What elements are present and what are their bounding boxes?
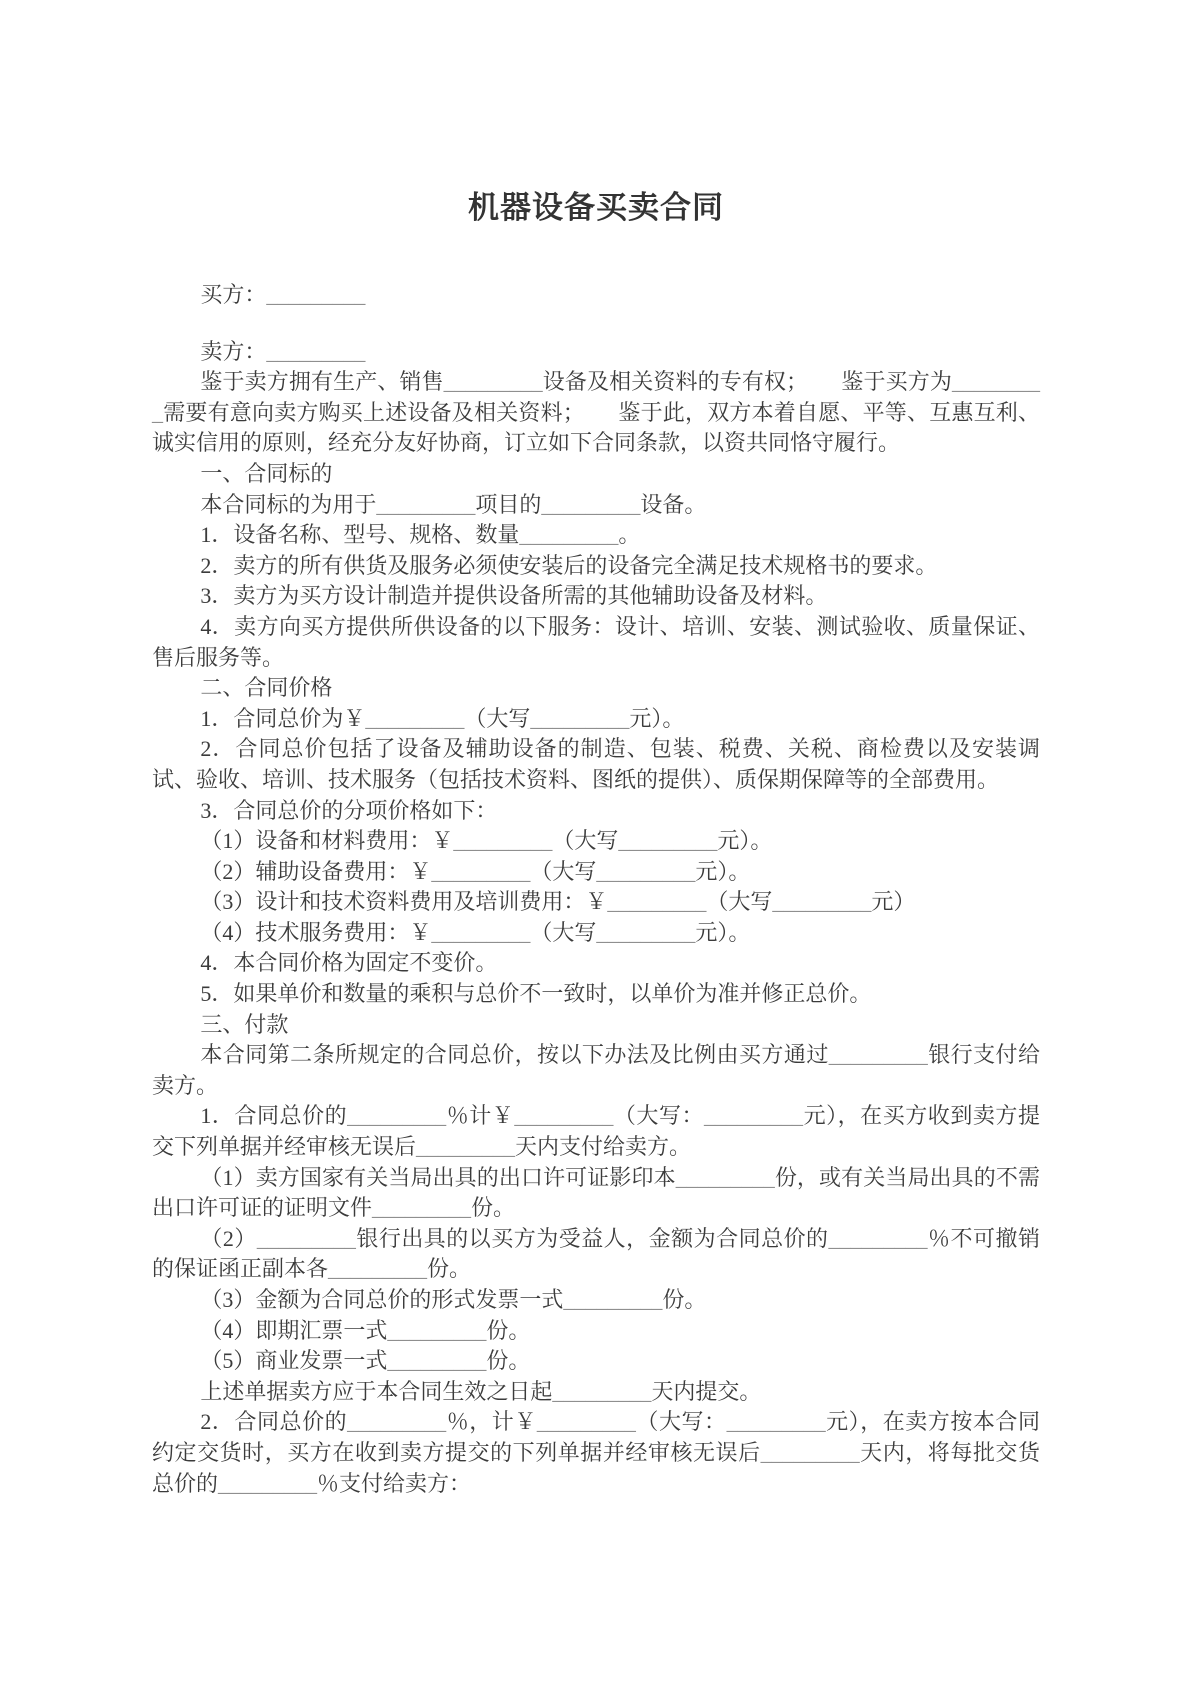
blank-field: _________ — [416, 1134, 515, 1159]
clause-payment-intro: 本合同第二条所规定的合同总价，按以下办法及比例由买方通过_________银行支… — [152, 1040, 1040, 1101]
blank-field: _________ — [347, 1409, 446, 1434]
clause-2-3: 3．合同总价的分项价格如下： — [152, 796, 1040, 827]
blank-field: _________ — [257, 1226, 356, 1251]
blank-field: _________ — [829, 1042, 928, 1067]
blank-field: _________ — [218, 1471, 317, 1496]
section-3-heading: 三、付款 — [152, 1010, 1040, 1041]
blank-field: _________ — [328, 1256, 427, 1281]
blank-field: _________ — [266, 282, 365, 307]
blank-field: _________ — [365, 706, 464, 731]
clause-3-1-item-5: （5）商业发票一式_________份。 — [152, 1346, 1040, 1377]
section-2-heading: 二、合同价格 — [152, 673, 1040, 704]
blank-field: _________ — [552, 1379, 651, 1404]
clause-2-5: 5．如果单价和数量的乘积与总价不一致时，以单价为准并修正总价。 — [152, 979, 1040, 1010]
blank-field: _________ — [152, 369, 1040, 425]
blank-field: _________ — [519, 522, 618, 547]
clause-3-1: 1．合同总价的_________％计￥_________（大写：________… — [152, 1101, 1040, 1162]
blank-field: _________ — [372, 1195, 471, 1220]
document-title: 机器设备买卖合同 — [152, 186, 1040, 230]
blank-field: _________ — [829, 1226, 928, 1251]
clause-2-2: 2．合同总价包括了设备及辅助设备的制造、包装、税费、关税、商检费以及安装调试、验… — [152, 734, 1040, 795]
blank-field: _________ — [618, 828, 717, 853]
preamble-paragraph: 鉴于卖方拥有生产、销售_________设备及相关资料的专有权； 鉴于买方为__… — [152, 367, 1040, 459]
clause-3-1-item-2: （2）_________银行出具的以买方为受益人，金额为合同总价的_______… — [152, 1224, 1040, 1285]
document-page: 机器设备买卖合同 买方：_________ 卖方：_________ 鉴于卖方拥… — [0, 0, 1190, 1683]
blank-field: _________ — [266, 339, 365, 364]
blank-field: _________ — [431, 859, 530, 884]
clause-2-3-item-1: （1）设备和材料费用：￥_________（大写_________元）。 — [152, 826, 1040, 857]
blank-field: _________ — [530, 706, 629, 731]
clause-1-3: 3．卖方为买方设计制造并提供设备所需的其他辅助设备及材料。 — [152, 581, 1040, 612]
seller-line: 卖方：_________ — [152, 337, 1040, 368]
clause-subject: 本合同标的为用于_________项目的_________设备。 — [152, 490, 1040, 521]
section-1-heading: 一、合同标的 — [152, 459, 1040, 490]
blank-field: _________ — [387, 1348, 486, 1373]
clause-2-3-item-4: （4）技术服务费用：￥_________（大写_________元）。 — [152, 918, 1040, 949]
blank-field: _________ — [537, 1409, 636, 1434]
blank-field: _________ — [704, 1103, 803, 1128]
clause-2-3-item-2: （2）辅助设备费用：￥_________（大写_________元）。 — [152, 857, 1040, 888]
blank-field: _________ — [727, 1409, 826, 1434]
clause-3-1-item-3: （3）金额为合同总价的形式发票一式_________份。 — [152, 1285, 1040, 1316]
clause-3-1-note: 上述单据卖方应于本合同生效之日起_________天内提交。 — [152, 1377, 1040, 1408]
blank-field: _________ — [761, 1440, 860, 1465]
blank-field: _________ — [541, 492, 640, 517]
blank-field: _________ — [431, 920, 530, 945]
clause-1-1: 1．设备名称、型号、规格、数量_________。 — [152, 520, 1040, 551]
clause-1-2: 2．卖方的所有供货及服务必须使安装后的设备完全满足技术规格书的要求。 — [152, 551, 1040, 582]
clause-2-4: 4．本合同价格为固定不变价。 — [152, 948, 1040, 979]
blank-field: _________ — [596, 920, 695, 945]
blank-field: _________ — [563, 1287, 662, 1312]
blank-field: _________ — [607, 889, 706, 914]
blank-field: _________ — [514, 1103, 613, 1128]
blank-field: _________ — [772, 889, 871, 914]
clause-3-2: 2．合同总价的_________％，计￥_________（大写：_______… — [152, 1407, 1040, 1499]
clause-2-3-item-3: （3）设计和技术资料费用及培训费用：￥_________（大写_________… — [152, 887, 1040, 918]
blank-field: _________ — [347, 1103, 446, 1128]
clause-1-4: 4．卖方向买方提供所供设备的以下服务：设计、培训、安装、测试验收、质量保证、售后… — [152, 612, 1040, 673]
blank-field: _________ — [453, 828, 552, 853]
clause-3-1-item-4: （4）即期汇票一式_________份。 — [152, 1316, 1040, 1347]
blank-field: _________ — [387, 1318, 486, 1343]
blank-field: _________ — [596, 859, 695, 884]
buyer-line: 买方：_________ — [152, 280, 1040, 311]
blank-field: _________ — [376, 492, 475, 517]
blank-field: _________ — [444, 369, 543, 394]
clause-3-1-item-1: （1）卖方国家有关当局出具的出口许可证影印本_________份，或有关当局出具… — [152, 1163, 1040, 1224]
clause-2-1: 1．合同总价为￥_________（大写_________元）。 — [152, 704, 1040, 735]
blank-field: _________ — [676, 1165, 775, 1190]
document-content: 机器设备买卖合同 买方：_________ 卖方：_________ 鉴于卖方拥… — [152, 186, 1040, 1499]
